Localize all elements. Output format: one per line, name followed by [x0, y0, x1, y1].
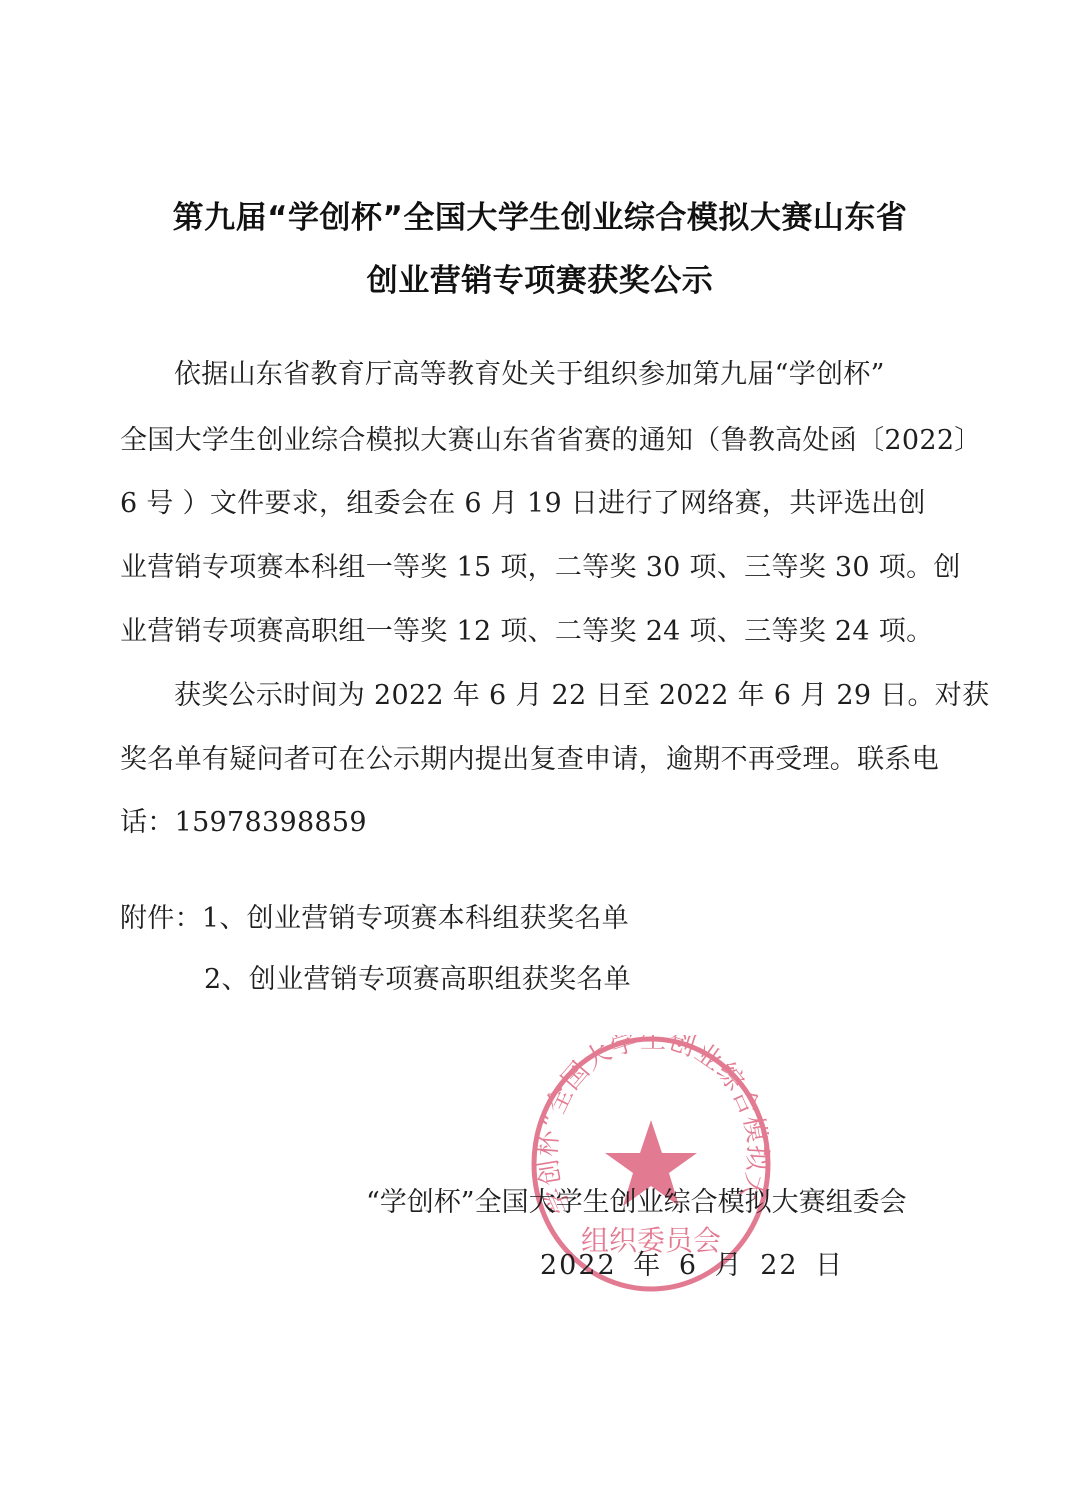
- attachment-item-2: 2、创业营销专项赛高职组获奖名单: [204, 957, 1044, 996]
- body-paragraph-1-line-5: 业营销专项赛高职组一等奖 12 项、二等奖 24 项、三等奖 24 项。: [120, 609, 960, 648]
- body-paragraph-1-line-4: 业营销专项赛本科组一等奖 15 项，二等奖 30 项、三等奖 30 项。创: [120, 545, 960, 584]
- document-title-line-1: 第九届“学创杯”全国大学生创业综合模拟大赛山东省: [0, 192, 1080, 237]
- body-paragraph-2-line-3: 话：15978398859: [120, 800, 960, 839]
- signature-date: 2022 年 6 月 22 日: [540, 1243, 844, 1282]
- document-title-line-2: 创业营销专项赛获奖公示: [0, 255, 1080, 300]
- body-paragraph-1-line-3: 6 号 ）文件要求，组委会在 6 月 19 日进行了网络赛，共评选出创: [120, 481, 960, 520]
- body-paragraph-2-line-1: 获奖公示时间为 2022 年 6 月 22 日至 2022 年 6 月 29 日…: [174, 673, 1014, 712]
- body-paragraph-1-line-2: 全国大学生创业综合模拟大赛山东省省赛的通知（鲁教高处函〔2022〕: [120, 418, 960, 457]
- signature-organization: “学创杯”全国大学生创业综合模拟大赛组委会: [366, 1180, 907, 1219]
- body-paragraph-2-line-2: 奖名单有疑问者可在公示期内提出复查申请，逾期不再受理。联系电: [120, 737, 960, 776]
- body-paragraph-1-line-1: 依据山东省教育厅高等教育处关于组织参加第九届“学创杯”: [174, 352, 1014, 391]
- attachment-item-1: 附件：1、创业营销专项赛本科组获奖名单: [120, 896, 960, 935]
